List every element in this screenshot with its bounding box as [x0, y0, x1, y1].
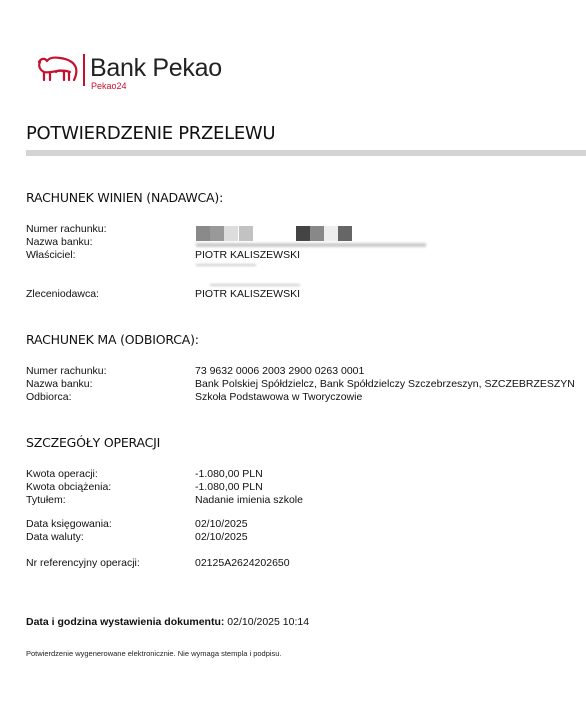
field-value: PIOTR KALISZEWSKI [195, 288, 300, 301]
field-label: Kwota obciążenia: [26, 481, 111, 494]
sub-brand: Pekao24 [91, 81, 127, 91]
field-label: Data waluty: [26, 531, 84, 544]
title-divider [26, 150, 586, 156]
field-value: PIOTR KALISZEWSKI [195, 249, 300, 262]
field-label: Numer rachunku: [26, 223, 107, 236]
sender-heading: RACHUNEK WINIEN (NADAWCA): [26, 190, 223, 205]
field-label: Nazwa banku: [26, 378, 93, 391]
issued-datetime: Data i godzina wystawienia dokumentu: 02… [26, 616, 309, 628]
field-label: Nazwa banku: [26, 236, 93, 249]
field-label: Numer rachunku: [26, 365, 107, 378]
field-label: Tytułem: [26, 494, 66, 507]
brand-name: Bank Pekao [90, 54, 222, 83]
field-value: -1.080,00 PLN [195, 481, 263, 494]
field-label: Odbiorca: [26, 391, 72, 404]
field-value: -1.080,00 PLN [195, 468, 263, 481]
bison-icon [36, 56, 82, 84]
logo-divider [83, 54, 85, 86]
field-label: Właściciel: [26, 249, 76, 262]
footer-note: Potwierdzenie wygenerowane elektroniczni… [26, 649, 282, 658]
redacted-line [196, 264, 256, 266]
field-label: Kwota operacji: [26, 468, 98, 481]
recipient-heading: RACHUNEK MA (ODBIORCA): [26, 332, 199, 347]
redacted-line [210, 284, 300, 286]
field-value: 02125A2624202650 [195, 557, 290, 570]
field-label: Data księgowania: [26, 518, 112, 531]
page-title: POTWIERDZENIE PRZELEWU [26, 123, 275, 144]
field-value: Nadanie imienia szkole [195, 494, 303, 507]
field-label: Zleceniodawca: [26, 288, 99, 301]
field-value: 02/10/2025 [195, 518, 248, 531]
issued-label: Data i godzina wystawienia dokumentu: [26, 616, 224, 628]
redacted-bank-name [196, 243, 426, 247]
details-heading: SZCZEGÓŁY OPERACJI [26, 435, 160, 450]
field-value: Szkoła Podstawowa w Tworyczowie [195, 391, 362, 404]
field-value: 73 9632 0006 2003 2900 0263 0001 [195, 365, 364, 378]
field-value: Bank Polskiej Spółdzielcz, Bank Spółdzie… [195, 378, 575, 391]
field-label: Nr referencyjny operacji: [26, 557, 140, 570]
issued-value: 02/10/2025 10:14 [227, 616, 309, 628]
field-value: 02/10/2025 [195, 531, 248, 544]
